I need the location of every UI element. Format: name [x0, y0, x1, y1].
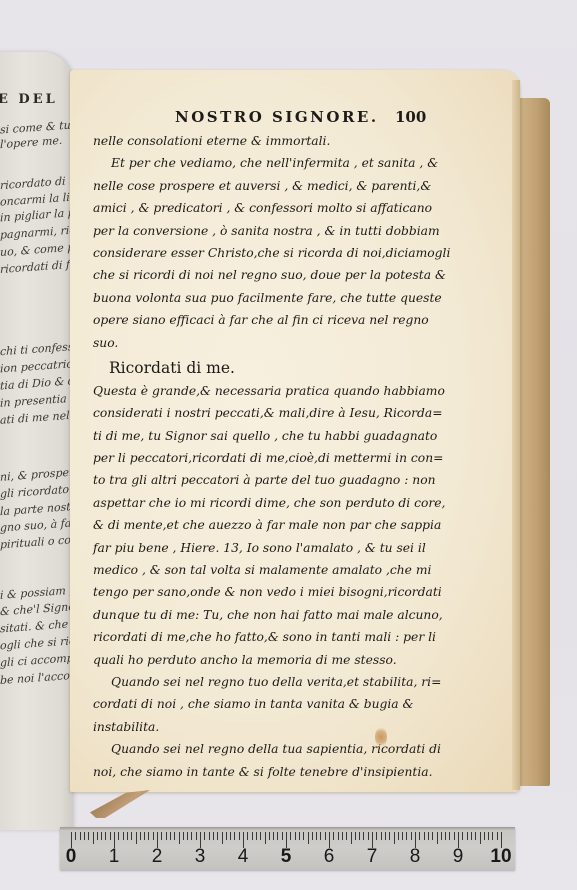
- left-page-text-line: tia di Dio & de gli: [0, 373, 72, 393]
- ruler-label: 1: [109, 846, 120, 868]
- ruler-tick: [454, 832, 455, 840]
- text-line: ti di me, tu Signor sai quello , che tu …: [93, 425, 428, 447]
- ruler-tick: [105, 832, 106, 840]
- ruler-tick: [411, 832, 412, 840]
- text-line: dunque tu di me: Tu, che non hai fatto m…: [93, 604, 428, 626]
- text-line: nelle consolationi eterne & immortali.: [93, 130, 428, 152]
- ruler-tick: [144, 832, 145, 840]
- left-page-text-line: be noi l'accompagna: [0, 666, 72, 687]
- ruler-tick: [290, 832, 291, 840]
- ruler-tick: [449, 832, 450, 840]
- ruler-tick: [445, 832, 446, 840]
- page-fore-edge: [512, 80, 520, 790]
- ruler-tick: [492, 832, 493, 840]
- ruler-tick: [316, 832, 317, 840]
- ruler-tick: [381, 832, 382, 840]
- ruler-label: 6: [324, 846, 335, 868]
- ruler-tick: [320, 832, 321, 840]
- left-page-text-line: ion peccatrice: ta: [0, 356, 72, 376]
- text-line: aspettar che io mi ricordi dime, che son…: [93, 492, 428, 514]
- ruler-label: 5: [281, 846, 292, 868]
- text-line: to tra gli altri peccatori à parte del t…: [93, 469, 428, 491]
- ruler-tick: [363, 832, 364, 840]
- ruler-label: 0: [66, 846, 77, 868]
- ruler-tick: [303, 832, 304, 840]
- ruler-tick: [234, 832, 235, 840]
- ruler-tick: [80, 832, 81, 840]
- ruler-tick: [265, 832, 266, 844]
- text-line: noi, che siamo in tante & si folte teneb…: [93, 761, 428, 783]
- ruler-tick: [196, 832, 197, 840]
- left-page-text-line: i & possiam pensar: [0, 581, 72, 602]
- text-line: nelle cose prospere et auversi , & medic…: [93, 175, 428, 197]
- text-line: cordati di noi , che siamo in tanta vani…: [93, 693, 428, 715]
- ruler-tick: [325, 832, 326, 840]
- ruler-tick: [428, 832, 429, 840]
- text-line: quali ho perduto ancho la memoria di me …: [93, 649, 428, 671]
- left-page-text-line: in presentia di tutti: [0, 389, 72, 410]
- ruler-tick: [217, 832, 218, 840]
- ruler-tick: [118, 832, 119, 840]
- ruler-tick: [166, 832, 167, 840]
- ruler-tick: [389, 832, 390, 840]
- ruler-tick: [471, 832, 472, 840]
- ruler-tick: [123, 832, 124, 840]
- text-line: far piu bene , Hiere. 13, Io sono l'amal…: [93, 537, 428, 559]
- left-page-text-line: gli ricordato di me: [0, 480, 72, 500]
- text-line: tengo per sano,onde & non vedo i miei bi…: [93, 581, 428, 603]
- ruler-tick: [299, 832, 300, 840]
- ruler-label: 2: [152, 846, 163, 868]
- ruler-tick: [338, 832, 339, 840]
- ruler-tick: [174, 832, 175, 840]
- section-heading: Ricordati di me.: [93, 354, 428, 380]
- ruler-tick: [342, 832, 343, 840]
- left-page-text-line: gli ci accompagna: [0, 649, 72, 669]
- text-line: buona volonta sua puo facilmente fare, c…: [93, 287, 428, 309]
- ruler-tick: [131, 832, 132, 840]
- text-line: considerare esser Christo,che si ricorda…: [93, 242, 428, 264]
- ruler-tick: [256, 832, 257, 840]
- ruler-label: 10: [490, 846, 511, 868]
- ruler-tick: [368, 832, 369, 840]
- ruler-tick: [355, 832, 356, 840]
- ruler-tick: [424, 832, 425, 840]
- ruler-tick: [97, 832, 98, 840]
- ruler-tick: [179, 832, 180, 844]
- left-page-text-line: & che'l Signor si: [0, 599, 72, 618]
- left-page-text-line: pagnarmi, ricordat: [0, 221, 72, 241]
- left-page-text-line: chi ti confessera: [0, 339, 72, 358]
- ruler-label: 7: [367, 846, 378, 868]
- ruler-label: 9: [453, 846, 464, 868]
- ruler-tick: [161, 832, 162, 840]
- ruler-tick: [170, 832, 171, 840]
- body-text: nelle consolationi eterne & immortali.Et…: [93, 130, 428, 783]
- text-line: amici , & predicatori , & confessori mol…: [93, 197, 428, 219]
- ruler-tick: [136, 832, 137, 844]
- ruler-tick: [346, 832, 347, 840]
- ruler-label: 8: [410, 846, 421, 868]
- paragraph-ricordati: Questa è grande,& necessaria pratica qua…: [93, 380, 428, 783]
- ruler-tick: [282, 832, 283, 840]
- ruler-tick: [419, 832, 420, 840]
- scale-ruler: 012345678910: [60, 827, 515, 870]
- ruler-tick: [252, 832, 253, 840]
- text-line: per la conversione , ò sanita nostra , &…: [93, 220, 428, 242]
- left-page-text-line: sitati. & che esso: [0, 616, 72, 636]
- ruler-tick: [385, 832, 386, 840]
- ruler-tick: [312, 832, 313, 840]
- ruler-tick: [376, 832, 377, 840]
- ruler-tick: [273, 832, 274, 840]
- ruler-tick: [398, 832, 399, 840]
- vellum-tie-fragment: [90, 790, 150, 818]
- ruler-tick: [295, 832, 296, 840]
- paragraph-intro: nelle consolationi eterne & immortali.Et…: [93, 130, 428, 354]
- ruler-tick: [432, 832, 433, 840]
- ruler-tick: [359, 832, 360, 840]
- left-running-head-fragment: E DEL: [0, 92, 58, 107]
- text-line: che si ricordi di noi nel regno suo, dou…: [93, 264, 428, 286]
- text-line: Questa è grande,& necessaria pratica qua…: [93, 380, 428, 402]
- left-page-text-line: ati di me nel Regno: [0, 406, 72, 427]
- text-line: considerati i nostri peccati,& mali,dire…: [93, 402, 428, 424]
- page-number: 100: [395, 108, 426, 126]
- ruler-tick: [260, 832, 261, 840]
- ruler-tick: [484, 832, 485, 840]
- ruler-tick: [437, 832, 438, 844]
- ruler-tick: [226, 832, 227, 840]
- ruler-tick: [209, 832, 210, 840]
- text-line: Quando sei nel regno tuo della verita,et…: [93, 671, 428, 693]
- ruler-tick: [441, 832, 442, 840]
- ruler-tick: [191, 832, 192, 840]
- ruler-tick: [153, 832, 154, 840]
- ruler-tick: [394, 832, 395, 844]
- ruler-label: 4: [238, 846, 249, 868]
- left-page-text-line: ricordato di me in fer: [0, 171, 72, 192]
- ruler-tick: [183, 832, 184, 840]
- ruler-tick: [333, 832, 334, 840]
- text-line: ricordati di me,che ho fatto,& sono in t…: [93, 626, 428, 648]
- ruler-tick: [222, 832, 223, 844]
- ruler-label: 3: [195, 846, 206, 868]
- text-line: & di mente,et che auezzo à far male non …: [93, 514, 428, 536]
- text-line: opere siano efficaci à far che al fin ci…: [93, 309, 428, 331]
- running-head: NOSTRO SIGNORE.: [175, 108, 379, 126]
- ruler-tick: [406, 832, 407, 840]
- left-page-text-line: pirituali o corpor: [0, 532, 72, 552]
- left-page-text-line: la parte nostra dicam: [0, 497, 72, 518]
- ruler-tick: [308, 832, 309, 844]
- text-line: per li peccatori,ricordati di me,cioè,di…: [93, 447, 428, 469]
- left-page-text-line: uo, & come potendo: [0, 238, 72, 259]
- ruler-tick: [75, 832, 76, 840]
- ruler-tick: [497, 832, 498, 840]
- ruler-tick: [277, 832, 278, 840]
- ruler-tick: [239, 832, 240, 840]
- ruler-tick: [269, 832, 270, 840]
- ruler-tick: [84, 832, 85, 840]
- ruler-tick: [462, 832, 463, 840]
- ruler-tick: [480, 832, 481, 844]
- ruler-tick: [475, 832, 476, 840]
- left-page-verso: E DEL si come & tu si feil'opere me.rico…: [0, 52, 72, 830]
- ruler-tick: [351, 832, 352, 844]
- ruler-tick: [110, 832, 111, 840]
- ruler-tick: [148, 832, 149, 840]
- ruler-tick: [247, 832, 248, 840]
- ruler-tick: [213, 832, 214, 840]
- left-page-text-line: l'opere me.: [0, 134, 62, 151]
- ruler-tick: [88, 832, 89, 840]
- text-line: Et per che vediamo, che nell'infermita ,…: [93, 152, 428, 174]
- ruler-tick: [230, 832, 231, 840]
- ruler-tick: [140, 832, 141, 840]
- ruler-tick: [101, 832, 102, 840]
- ruler-tick: [93, 832, 94, 844]
- left-page-text-line: ni, & prosperita, &: [0, 463, 72, 483]
- left-page-text-line: ogli che si ricordi: [0, 633, 72, 653]
- foxing-stain: [375, 727, 387, 747]
- left-page-text-line: gno suo, à far che: [0, 515, 72, 535]
- ruler-tick: [402, 832, 403, 840]
- text-line: medico , & son tal volta si malamente am…: [93, 559, 428, 581]
- ruler-tick: [204, 832, 205, 840]
- ruler-tick: [187, 832, 188, 840]
- ruler-tick: [467, 832, 468, 840]
- text-line: suo.: [93, 332, 428, 354]
- ruler-tick: [488, 832, 489, 840]
- ruler-tick: [127, 832, 128, 840]
